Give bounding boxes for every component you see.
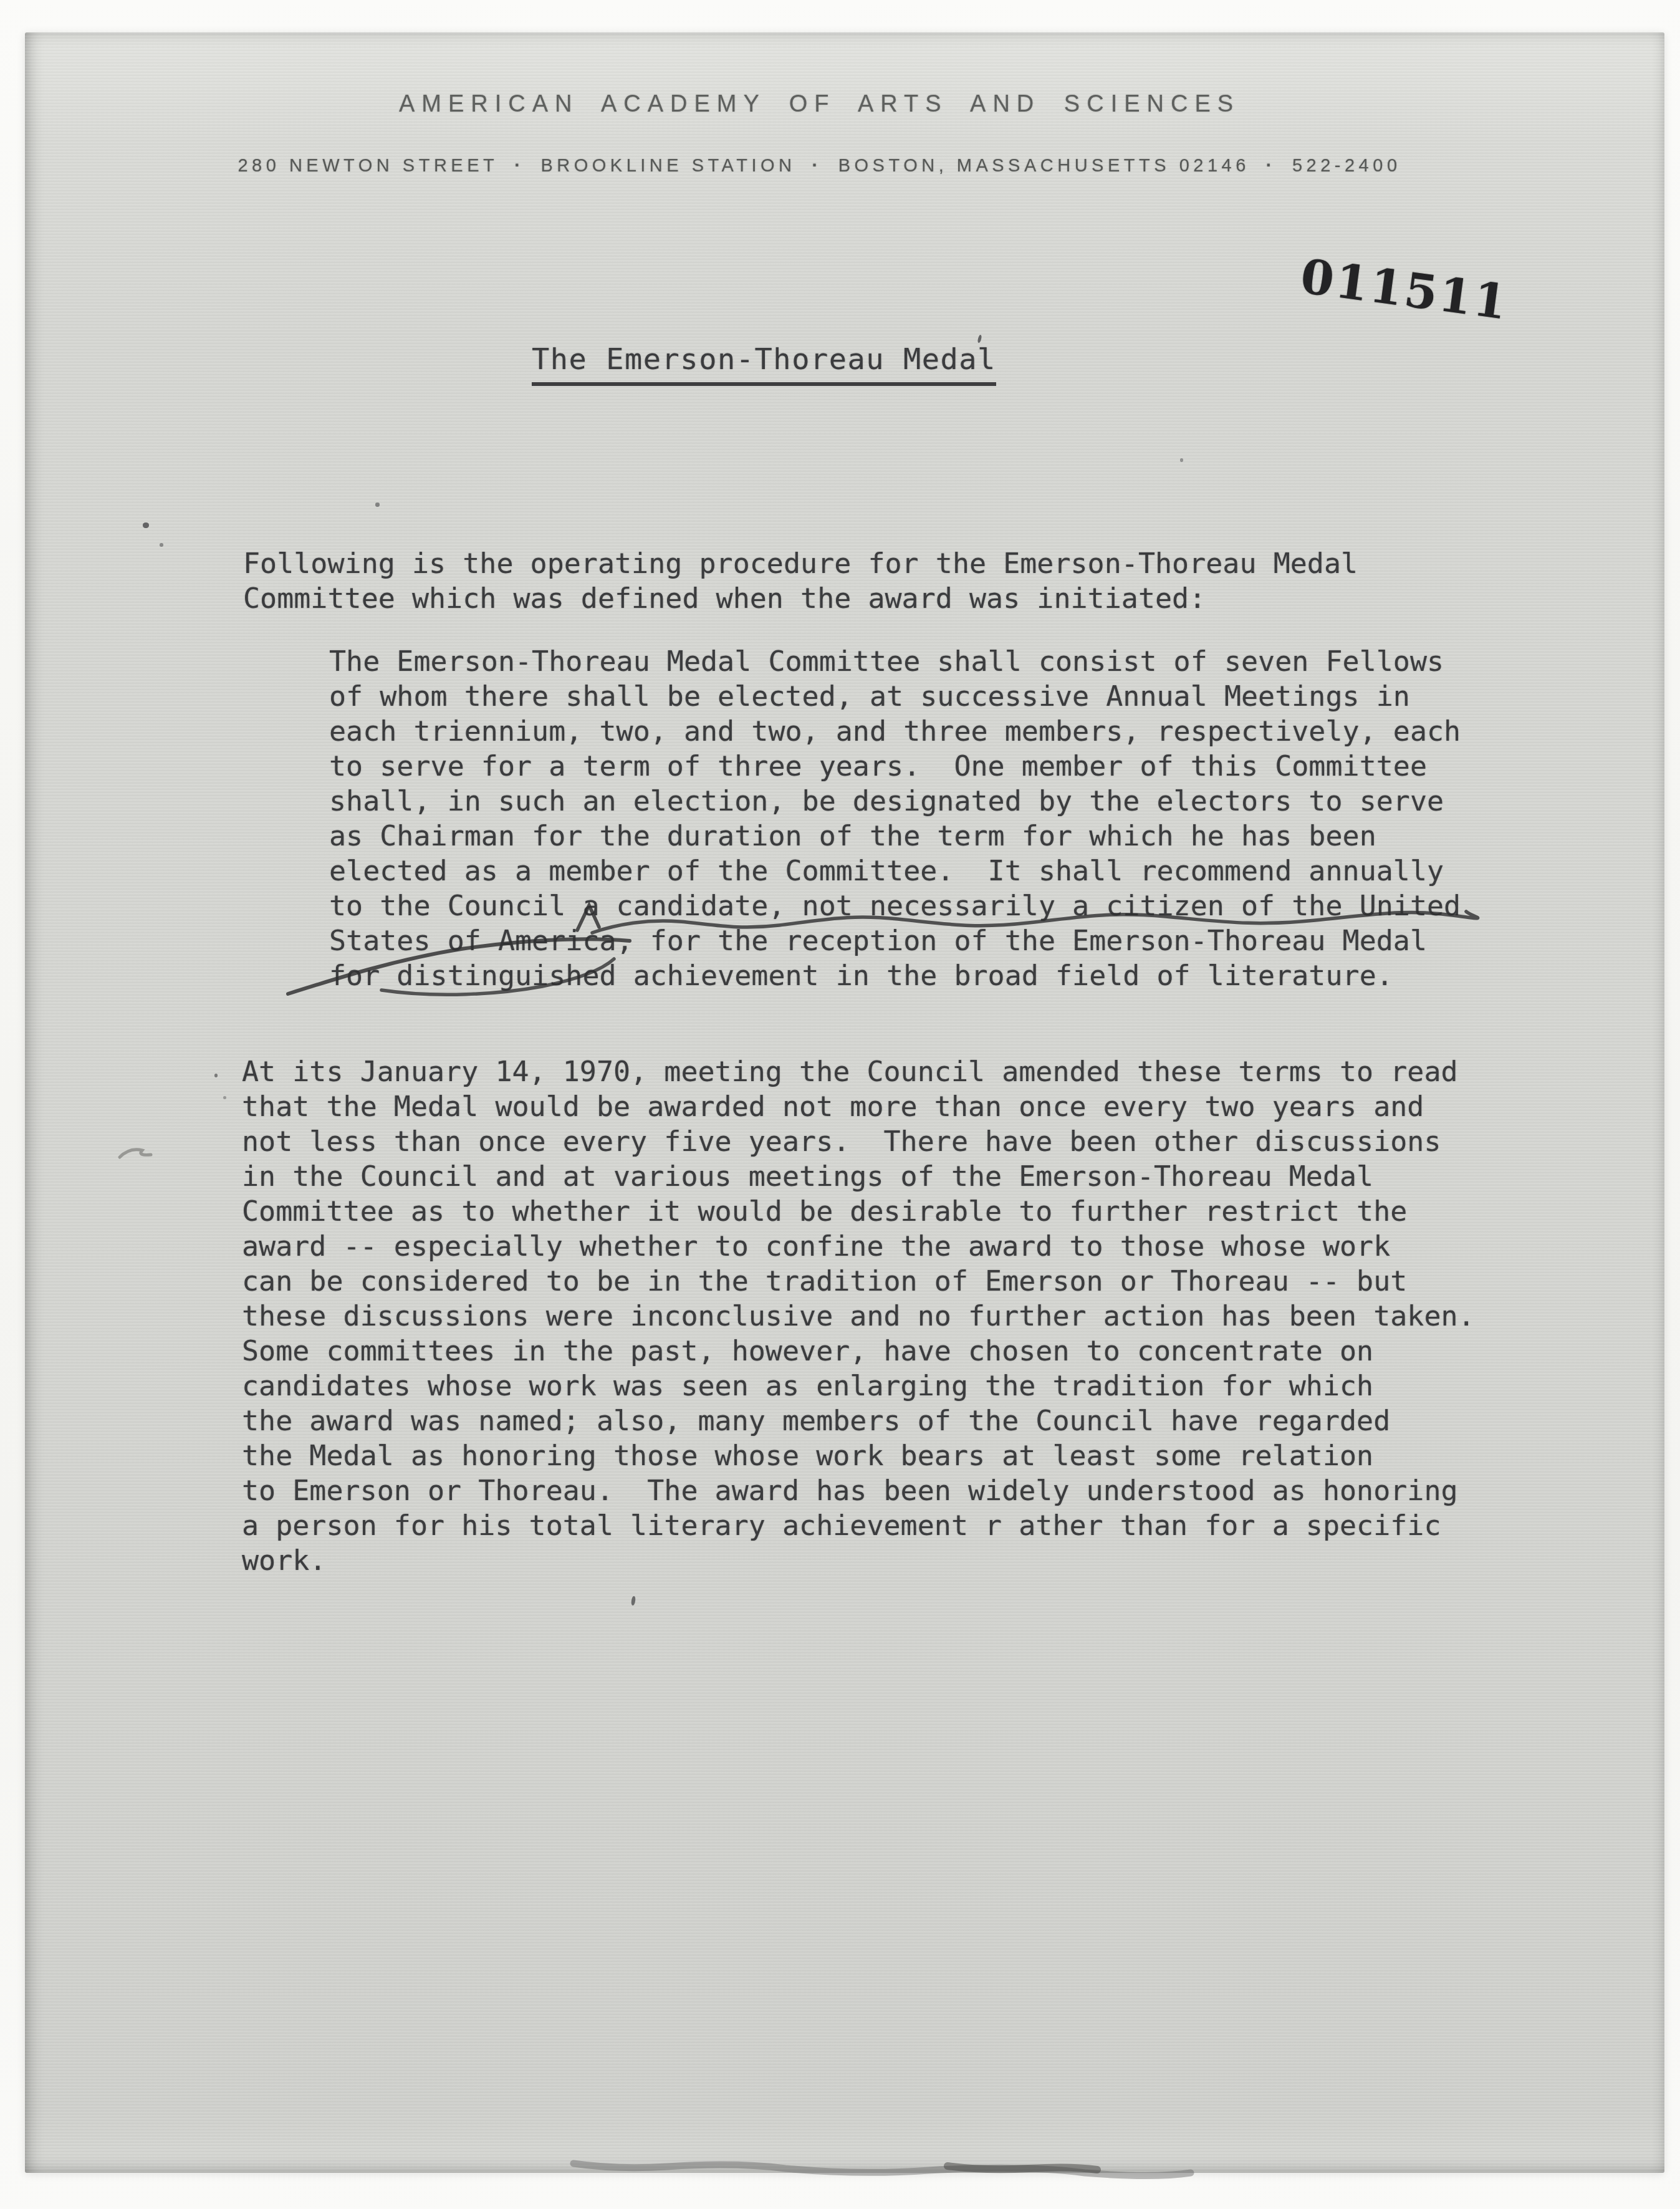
text-line: candidates whose work was seen as enlarg… xyxy=(242,1369,1475,1403)
text-line: can be considered to be in the tradition… xyxy=(242,1264,1475,1299)
text-line: the Medal as honoring those whose work b… xyxy=(242,1438,1475,1473)
text-line: to the Council a candidate, not necessar… xyxy=(329,888,1461,923)
text-line: Some committees in the past, however, ha… xyxy=(242,1334,1475,1369)
text-line: work. xyxy=(242,1543,1475,1578)
text-line: shall, in such an election, be designate… xyxy=(329,784,1461,819)
text-line: of whom there shall be elected, at succe… xyxy=(329,679,1461,714)
text-line: elected as a member of the Committee. It… xyxy=(329,854,1461,888)
procedure-blockquote: The Emerson-Thoreau Medal Committee shal… xyxy=(329,644,1461,993)
letterhead-organization: AMERICAN ACADEMY OF ARTS AND SCIENCES xyxy=(0,91,1659,118)
text-line: not less than once every five years. The… xyxy=(242,1124,1475,1159)
text-line: At its January 14, 1970, meeting the Cou… xyxy=(242,1054,1475,1089)
text-line: these discussions were inconclusive and … xyxy=(242,1299,1475,1334)
letterhead-address: 280 NEWTON STREET·BROOKLINE STATION·BOST… xyxy=(0,156,1659,176)
text-line: Following is the operating procedure for… xyxy=(243,546,1358,581)
text-line: to Emerson or Thoreau. The award has bee… xyxy=(242,1473,1475,1508)
text-line: to serve for a term of three years. One … xyxy=(329,749,1461,784)
text-line: in the Council and at various meetings o… xyxy=(242,1159,1475,1194)
text-line: States of America, for the reception of … xyxy=(329,923,1461,958)
separator-dot: · xyxy=(514,156,524,176)
stray-speck xyxy=(143,522,149,528)
text-line: Committee which was defined when the awa… xyxy=(243,581,1358,616)
separator-dot: · xyxy=(1266,156,1276,176)
text-line: for distinguished achievement in the bro… xyxy=(329,958,1461,993)
stray-speck xyxy=(223,1096,226,1099)
document-title: The Emerson-Thoreau Medal xyxy=(532,342,996,386)
scanned-letter-page: { "letterhead": { "organization": "AMERI… xyxy=(0,0,1680,2209)
text-line: each triennium, two, and two, and three … xyxy=(329,714,1461,749)
stray-speck xyxy=(1180,458,1183,462)
address-station: BROOKLINE STATION xyxy=(540,156,795,176)
body-paragraph: At its January 14, 1970, meeting the Cou… xyxy=(242,1054,1475,1578)
address-city: BOSTON, MASSACHUSETTS 02146 xyxy=(838,156,1250,176)
stray-speck xyxy=(160,543,163,547)
text-line: Committee as to whether it would be desi… xyxy=(242,1194,1475,1229)
address-street: 280 NEWTON STREET xyxy=(238,156,498,176)
text-line: a person for his total literary achievem… xyxy=(242,1508,1475,1543)
stray-speck xyxy=(214,1074,218,1077)
intro-paragraph: Following is the operating procedure for… xyxy=(243,546,1358,616)
text-line: the award was named; also, many members … xyxy=(242,1403,1475,1438)
text-line: award -- especially whether to confine t… xyxy=(242,1229,1475,1264)
separator-dot: · xyxy=(812,156,822,176)
text-line: that the Medal would be awarded not more… xyxy=(242,1089,1475,1124)
text-line: as Chairman for the duration of the term… xyxy=(329,819,1461,854)
stray-speck xyxy=(375,503,380,507)
text-line: The Emerson-Thoreau Medal Committee shal… xyxy=(329,644,1461,679)
address-phone: 522-2400 xyxy=(1292,156,1401,176)
